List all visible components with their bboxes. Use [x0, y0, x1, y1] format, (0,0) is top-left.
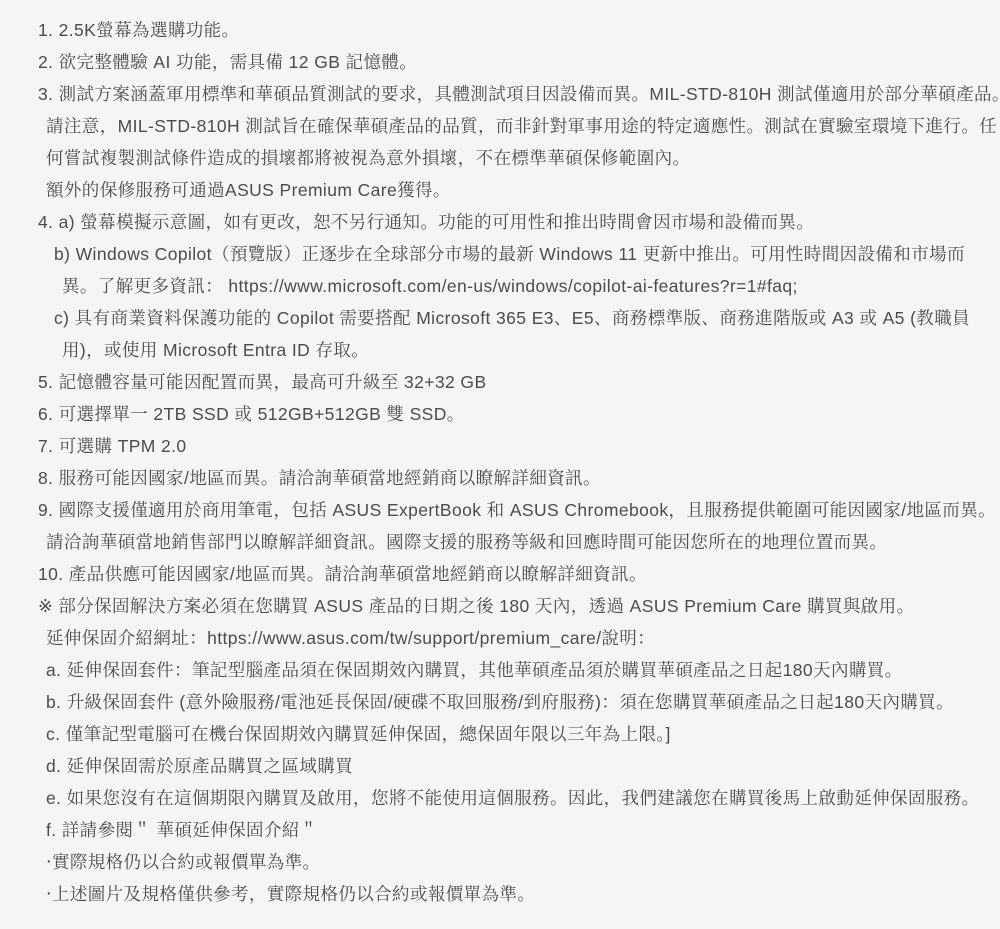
footnote-line: c. 僅筆記型電腦可在機台保固期效內購買延伸保固，總保固年限以三年為上限。] [0, 718, 1000, 750]
footnote-line: 7. 可選購 TPM 2.0 [0, 430, 1000, 462]
footnote-line: 額外的保修服務可通過ASUS Premium Care獲得。 [0, 174, 1000, 206]
footnote-line: 延伸保固介紹網址：https://www.asus.com/tw/support… [0, 622, 1000, 654]
footnote-line: 2. 欲完整體驗 AI 功能，需具備 12 GB 記憶體。 [0, 46, 1000, 78]
footnote-line: 請注意，MIL-STD-810H 測試旨在確保華碩產品的品質，而非針對軍事用途的… [0, 110, 1000, 142]
footnote-line: 10. 產品供應可能因國家/地區而異。請洽詢華碩當地經銷商以瞭解詳細資訊。 [0, 558, 1000, 590]
footnote-line: b. 升級保固套件 (意外險服務/電池延長保固/硬碟不取回服務/到府服務)：須在… [0, 686, 1000, 718]
footnote-line: ‧實際規格仍以合約或報價單為準。 [0, 846, 1000, 878]
footnote-line: 1. 2.5K螢幕為選購功能。 [0, 14, 1000, 46]
footnote-line: 5. 記憶體容量可能因配置而異，最高可升級至 32+32 GB [0, 366, 1000, 398]
footnote-line: 9. 國際支援僅適用於商用筆電，包括 ASUS ExpertBook 和 ASU… [0, 494, 1000, 526]
footnote-line: f. 詳請參閱＂ 華碩延伸保固介紹＂ [0, 814, 1000, 846]
footnote-line: 何嘗試複製測試條件造成的損壞都將被視為意外損壞，不在標準華碩保修範圍內。 [0, 142, 1000, 174]
footnote-line: 異。了解更多資訊： https://www.microsoft.com/en-u… [0, 270, 1000, 302]
footnote-line: ※ 部分保固解決方案必須在您購買 ASUS 產品的日期之後 180 天內，透過 … [0, 590, 1000, 622]
footnote-line: e. 如果您沒有在這個期限內購買及啟用，您將不能使用這個服務。因此，我們建議您在… [0, 782, 1000, 814]
footnote-line: 8. 服務可能因國家/地區而異。請洽詢華碩當地經銷商以瞭解詳細資訊。 [0, 462, 1000, 494]
footnote-line: c) 具有商業資料保護功能的 Copilot 需要搭配 Microsoft 36… [0, 302, 1000, 334]
footnote-line: a. 延伸保固套件：筆記型腦產品須在保固期效內購買，其他華碩產品須於購買華碩產品… [0, 654, 1000, 686]
footnote-line: b) Windows Copilot（預覽版）正逐步在全球部分市場的最新 Win… [0, 238, 1000, 270]
footnote-line: 4. a) 螢幕模擬示意圖，如有更改，恕不另行通知。功能的可用性和推出時間會因市… [0, 206, 1000, 238]
product-footnotes-section: 1. 2.5K螢幕為選購功能。2. 欲完整體驗 AI 功能，需具備 12 GB … [0, 0, 1000, 910]
footnote-line: 6. 可選擇單一 2TB SSD 或 512GB+512GB 雙 SSD。 [0, 398, 1000, 430]
footnote-line: d. 延伸保固需於原產品購買之區域購買 [0, 750, 1000, 782]
footnote-line: 3. 測試方案涵蓋軍用標準和華碩品質測試的要求，具體測試項目因設備而異。MIL-… [0, 78, 1000, 110]
footnote-line: ‧上述圖片及規格僅供參考，實際規格仍以合約或報價單為準。 [0, 878, 1000, 910]
footnote-line: 請洽詢華碩當地銷售部門以瞭解詳細資訊。國際支援的服務等級和回應時間可能因您所在的… [0, 526, 1000, 558]
footnote-line: 用)，或使用 Microsoft Entra ID 存取。 [0, 334, 1000, 366]
